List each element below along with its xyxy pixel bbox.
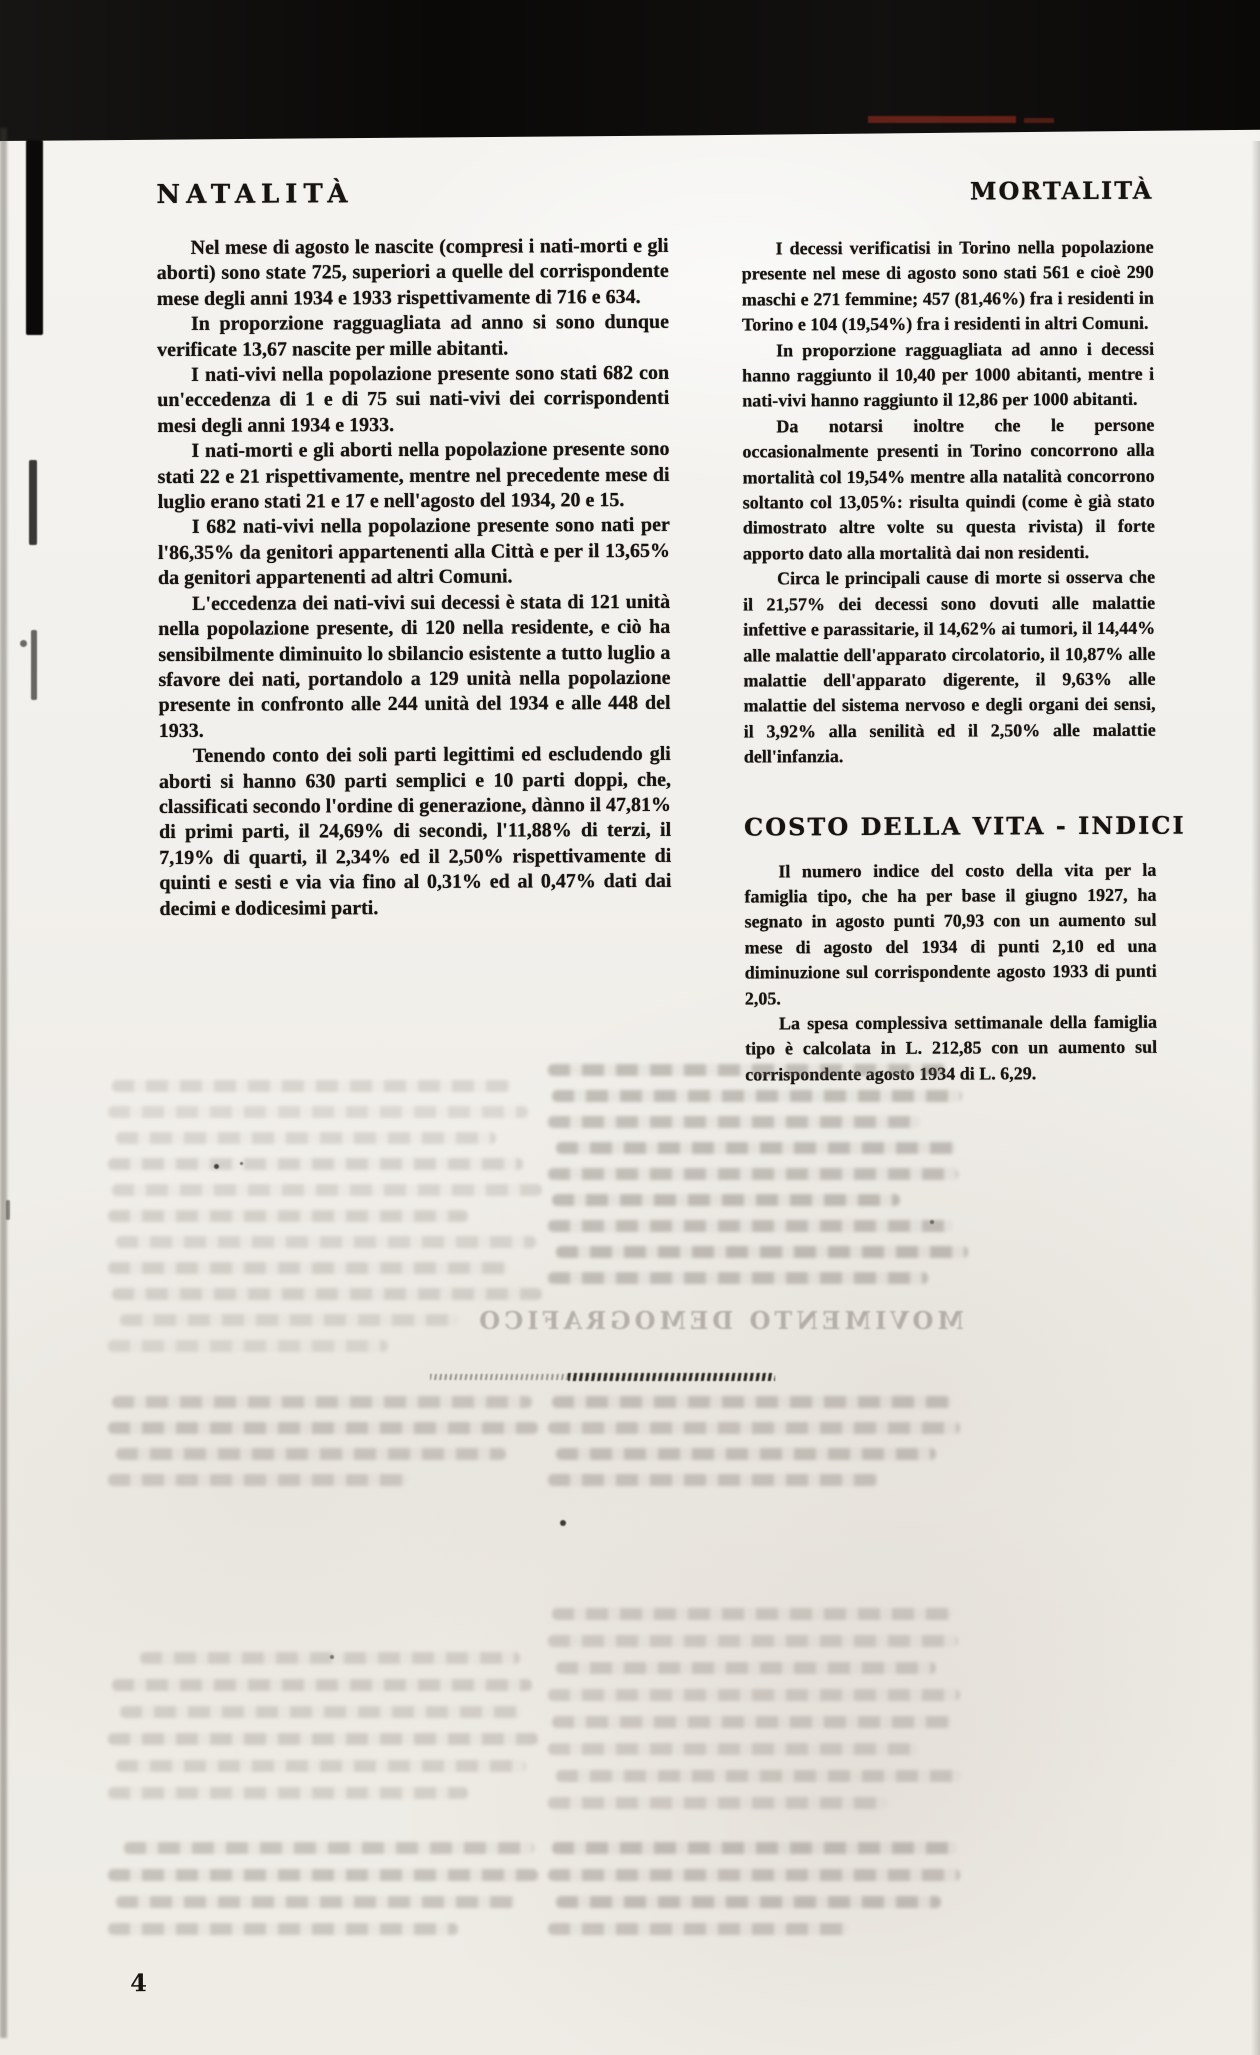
bleedthrough-line	[556, 1142, 956, 1154]
bleedthrough-line	[556, 1448, 936, 1460]
bleedthrough-line	[548, 1064, 946, 1076]
bleedthrough-line	[108, 1340, 388, 1352]
bleedthrough-line	[108, 1733, 538, 1745]
bleedthrough-line	[108, 1422, 538, 1434]
natalita-paragraph: L'eccedenza dei nati-vivi sui decessi è …	[158, 590, 671, 745]
bleedthrough-line	[120, 1314, 460, 1326]
bleedthrough-line	[548, 1869, 960, 1881]
bleedthrough-line	[108, 1262, 508, 1274]
bleedthrough-line	[112, 1396, 532, 1408]
bleedthrough-line	[112, 1080, 512, 1092]
page-number: 4	[130, 1968, 147, 1997]
mortalita-paragraph: Da notarsi inoltre che le persone occasi…	[742, 413, 1155, 567]
mortalita-paragraph: I decessi verificatisi in Torino nella p…	[742, 235, 1154, 338]
natalita-paragraph: I nati-morti e gli aborti nella popolazi…	[157, 437, 669, 515]
ink-speck	[20, 640, 27, 647]
natalita-heading: NATALITÀ	[156, 178, 668, 210]
bleedthrough-line	[108, 1923, 458, 1935]
ink-speck	[330, 1655, 334, 1659]
costo-paragraph: Il numero indice del costo della vita pe…	[744, 857, 1157, 1011]
bleedthrough-line	[548, 1923, 848, 1935]
bleedthrough-line	[556, 1246, 968, 1258]
bleedthrough-line	[108, 1869, 538, 1881]
bleedthrough-line	[548, 1422, 960, 1434]
bleedthrough-line	[116, 1896, 516, 1908]
bleedthrough-line	[548, 1220, 953, 1232]
ink-speck	[214, 1164, 219, 1169]
bleedthrough-line	[556, 1770, 961, 1782]
bleedthrough-line	[548, 1635, 958, 1647]
bleedthrough-line	[548, 1116, 920, 1128]
bleedthrough-line	[548, 1743, 918, 1755]
bleedthrough-line	[116, 1236, 536, 1248]
bleedthrough-line	[112, 1184, 542, 1196]
bleedthrough-line	[108, 1106, 528, 1118]
bleedthrough-line	[548, 1168, 958, 1180]
mortalita-paragraph: Circa le principali cause di morte si os…	[743, 565, 1156, 770]
mortalita-heading: MORTALITÀ	[741, 176, 1153, 207]
natalita-paragraph: In proporzione ragguagliata ad anno si s…	[157, 310, 669, 363]
natalita-paragraph: I nati-vivi nella popolazione presente s…	[157, 361, 669, 439]
hatched-divider-rule	[430, 1372, 775, 1381]
bleedthrough-line	[552, 1842, 957, 1854]
bleedthrough-line	[120, 1706, 520, 1718]
bleedthrough-line	[108, 1474, 408, 1486]
bleedthrough-line	[116, 1448, 506, 1460]
natalita-paragraph: Nel mese di agosto le nascite (compresi …	[157, 234, 669, 312]
bleedthrough-line	[548, 1689, 960, 1701]
bleedthrough-line	[548, 1272, 928, 1284]
costo-vita-heading: COSTO DELLA VITA - INDICI	[744, 810, 1156, 841]
ink-speck	[240, 1162, 243, 1165]
bleedthrough-line	[116, 1760, 526, 1772]
bleedthrough-line	[556, 1896, 941, 1908]
bleedthrough-line	[116, 1132, 496, 1144]
bleedthrough-line	[548, 1474, 878, 1486]
bleedthrough-mirrored-heading: MOVIMENTO DEMOGRAFICO	[552, 1306, 964, 1335]
bleedthrough-line	[112, 1288, 542, 1300]
bleedthrough-line	[552, 1716, 952, 1728]
ink-speck	[560, 1520, 566, 1526]
bleedthrough-line	[552, 1090, 962, 1102]
natalita-paragraph: I 682 nati-vivi nella popolazione presen…	[158, 513, 670, 591]
bleedthrough-line	[112, 1679, 532, 1691]
bleedthrough-line	[552, 1194, 900, 1206]
bleedthrough-line	[124, 1842, 534, 1854]
scanned-page: NATALITÀ Nel mese di agosto le nascite (…	[0, 0, 1260, 2055]
bleedthrough-line	[108, 1787, 468, 1799]
ink-speck	[6, 1200, 10, 1220]
bleedthrough-line	[552, 1608, 952, 1620]
natalita-paragraph: Tenendo conto dei soli parti legittimi e…	[159, 742, 672, 922]
bleedthrough-line	[548, 1797, 888, 1809]
ink-speck	[930, 1220, 934, 1224]
mortalita-paragraph: In proporzione ragguagliata ad anno i de…	[742, 336, 1154, 414]
bleedthrough-line	[556, 1662, 936, 1674]
mortalita-section: MORTALITÀ I decessi verificatisi in Tori…	[741, 176, 1157, 1088]
bleedthrough-line	[108, 1210, 468, 1222]
natalita-section: NATALITÀ Nel mese di agosto le nascite (…	[156, 178, 671, 922]
bleedthrough-line	[552, 1396, 952, 1408]
bleedthrough-line	[108, 1158, 523, 1170]
